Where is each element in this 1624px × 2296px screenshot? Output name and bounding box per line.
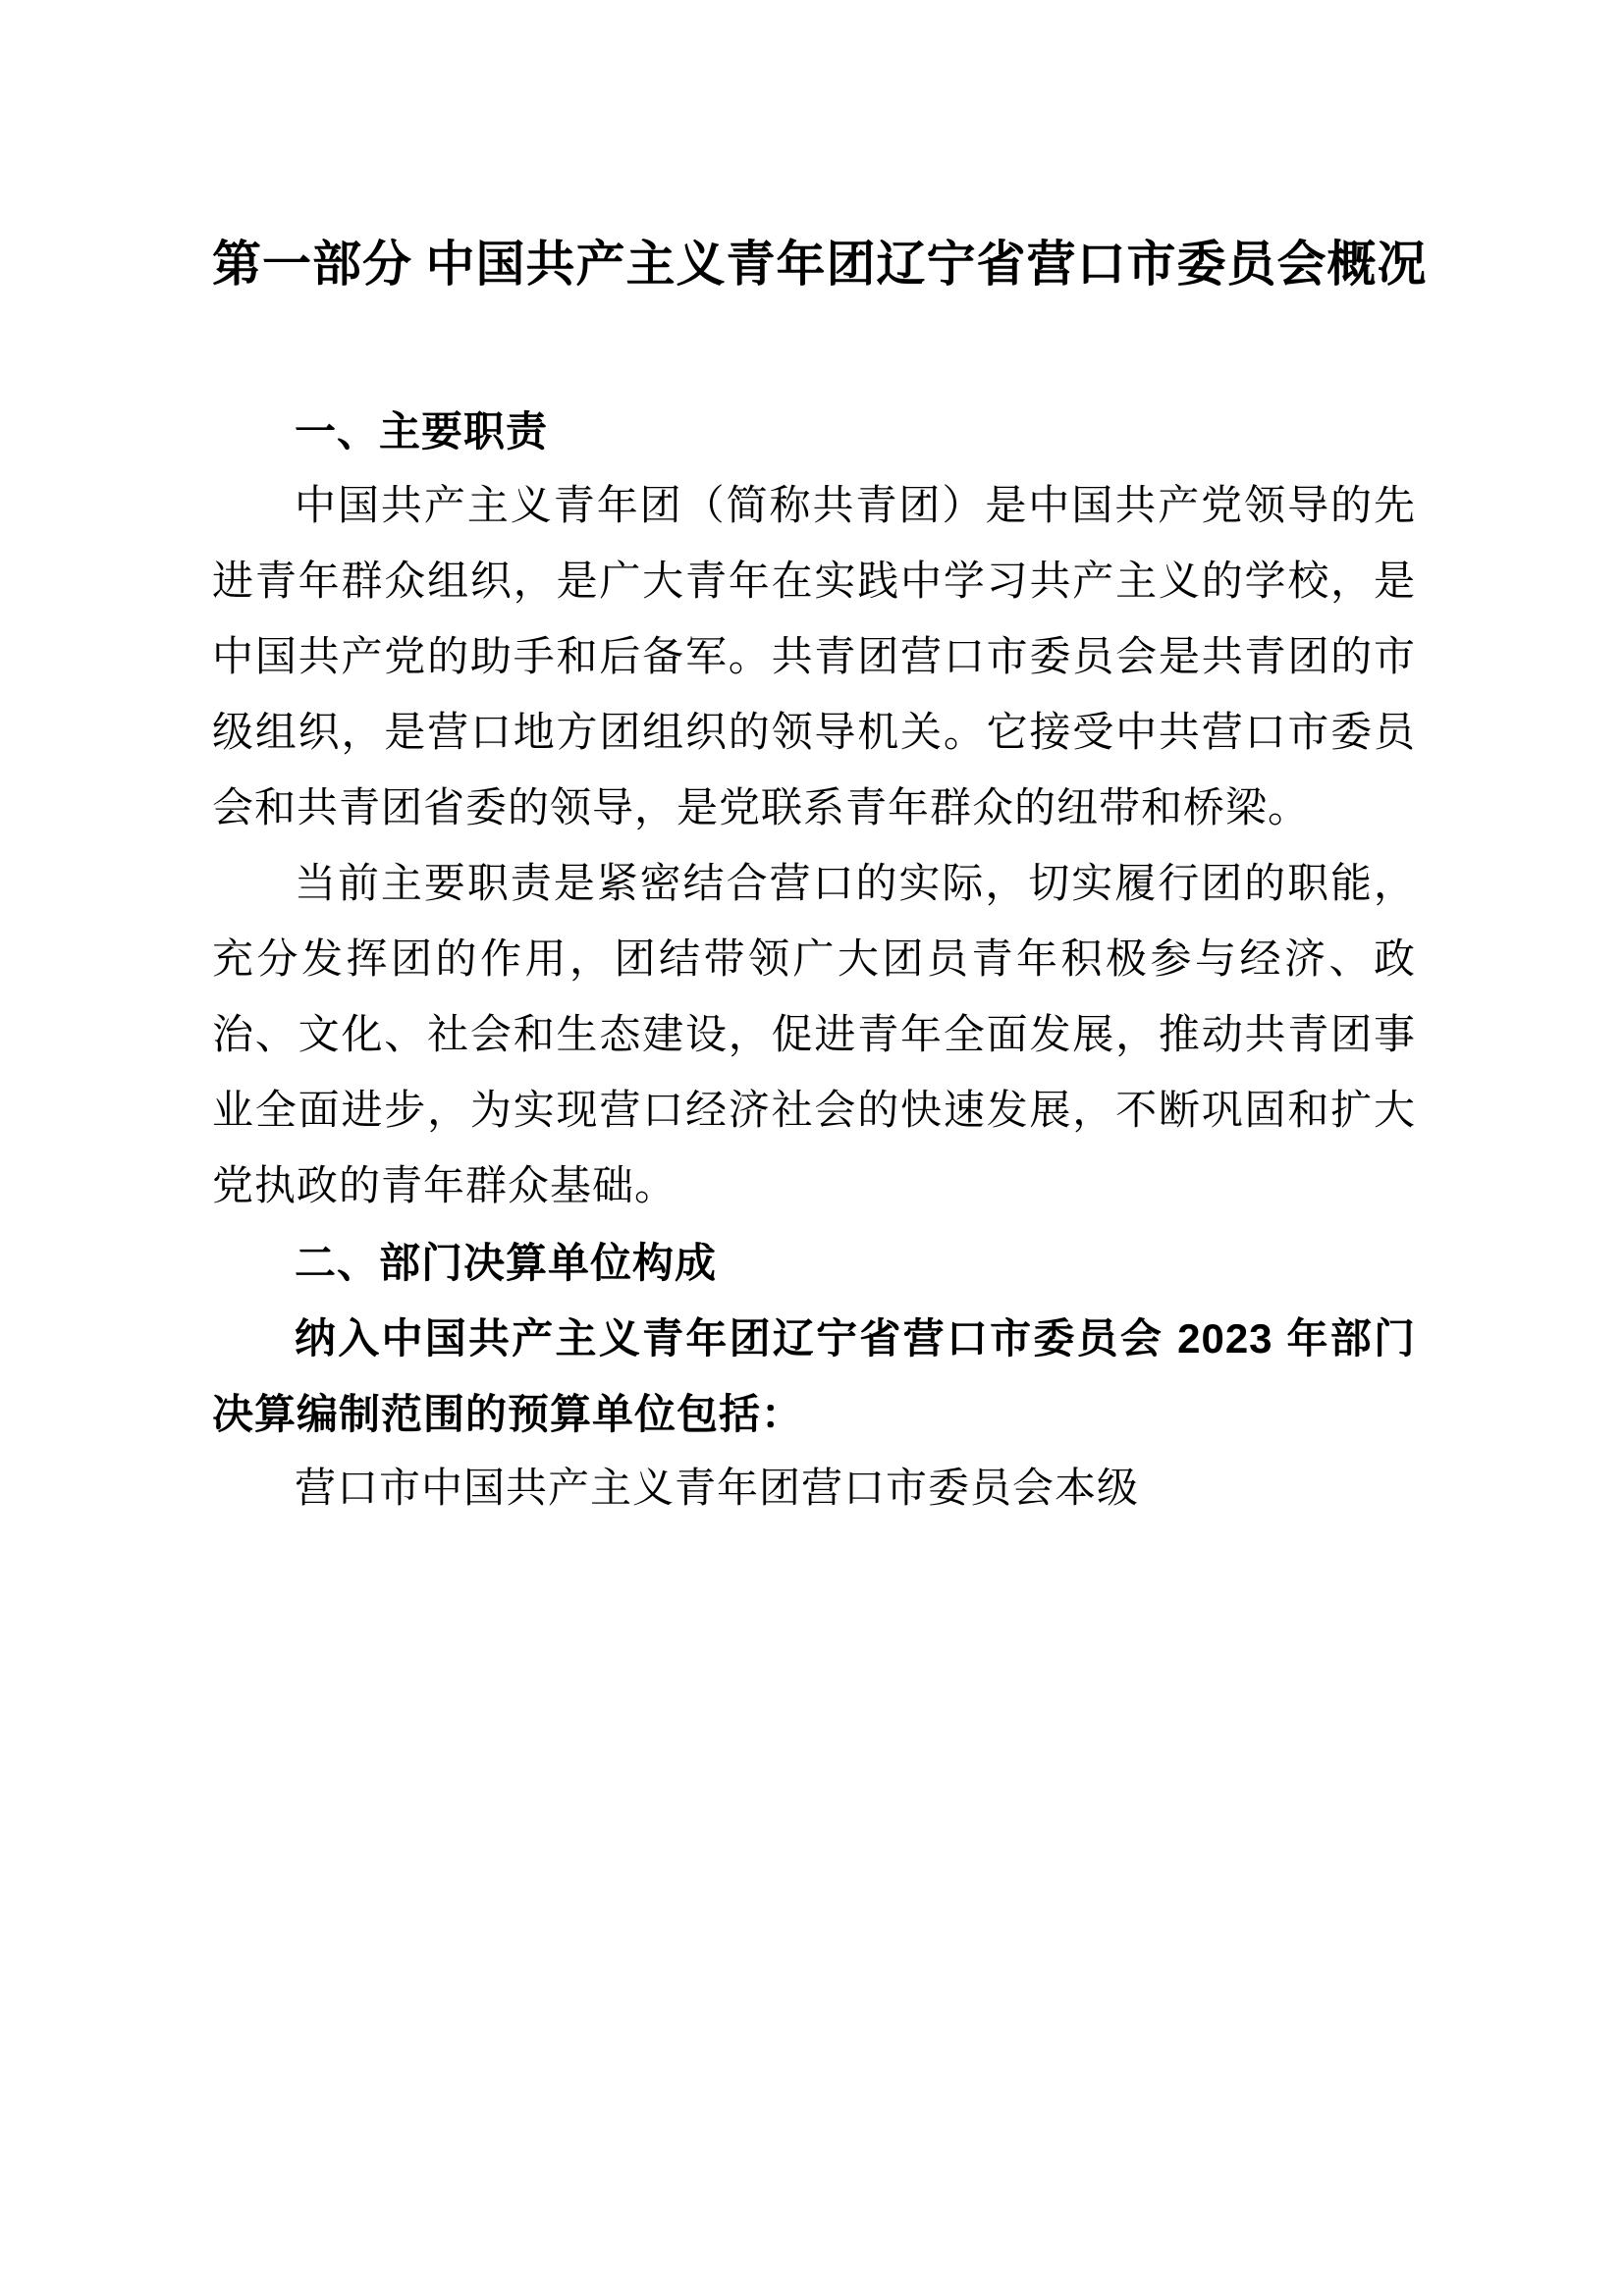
section-unit-composition: 二、部门决算单位构成 纳入中国共产主义青年团辽宁省营口市委员会 2023 年部门… — [212, 1225, 1416, 1527]
unit-list-item: 营口市中国共产主义青年团营口市委员会本级 — [212, 1452, 1416, 1527]
section-heading-main-duties: 一、主要职责 — [212, 394, 1416, 469]
body-paragraph: 当前主要职责是紧密结合营口的实际，切实履行团的职能，充分发挥团的作用，团结带领广… — [212, 847, 1416, 1225]
document-page: 第一部分 中国共产主义青年团辽宁省营口市委员会概况 一、主要职责 中国共产主义青… — [0, 0, 1624, 2296]
document-title: 第一部分 中国共产主义青年团辽宁省营口市委员会概况 — [212, 233, 1416, 295]
lead-paragraph: 纳入中国共产主义青年团辽宁省营口市委员会 2023 年部门决算编制范围的预算单位… — [212, 1301, 1416, 1452]
body-paragraph: 中国共产主义青年团（简称共青团）是中国共产党领导的先进青年群众组织，是广大青年在… — [212, 469, 1416, 847]
section-heading-unit-composition: 二、部门决算单位构成 — [212, 1225, 1416, 1301]
section-main-duties: 一、主要职责 中国共产主义青年团（简称共青团）是中国共产党领导的先进青年群众组织… — [212, 394, 1416, 1225]
